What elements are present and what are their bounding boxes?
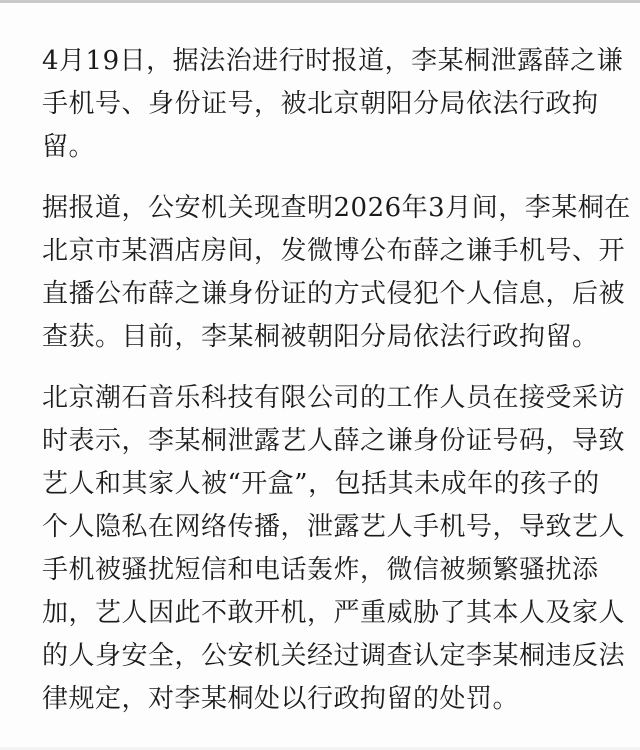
article-paragraph-3: 北京潮石音乐科技有限公司的工作人员在接受采访时表示，李某桐泄露艺人薛之谦身份证号…	[42, 377, 628, 721]
text-line: 律规定，对李某桐处以行政拘留的处罚。	[42, 678, 628, 721]
text-line: 直播公布薛之谦身份证的方式侵犯个人信息，后被	[42, 273, 628, 316]
article-paragraph-2: 据报道，公安机关现查明2026年3月间，李某桐在北京市某酒店房间，发微博公布薛之…	[42, 187, 628, 359]
article-paragraph-1: 4月19日，据法治进行时报道，李某桐泄露薛之谦手机号、身份证号，被北京朝阳分局依…	[42, 40, 628, 169]
text-line: 个人隐私在网络传播，泄露艺人手机号，导致艺人	[42, 506, 628, 549]
text-line: 的人身安全，公安机关经过调查认定李某桐违反法	[42, 635, 628, 678]
text-line: 据报道，公安机关现查明2026年3月间，李某桐在	[42, 187, 628, 230]
text-line: 留。	[42, 126, 628, 169]
text-line: 查获。目前，李某桐被朝阳分局依法行政拘留。	[42, 316, 628, 359]
text-line: 艺人和其家人被“开盒”，包括其未成年的孩子的	[42, 463, 628, 506]
text-line: 4月19日，据法治进行时报道，李某桐泄露薛之谦	[42, 40, 628, 83]
text-line: 手机被骚扰短信和电话轰炸，微信被频繁骚扰添	[42, 549, 628, 592]
text-line: 时表示，李某桐泄露艺人薛之谦身份证号码，导致	[42, 420, 628, 463]
text-line: 北京潮石音乐科技有限公司的工作人员在接受采访	[42, 377, 628, 420]
article-page: 4月19日，据法治进行时报道，李某桐泄露薛之谦手机号、身份证号，被北京朝阳分局依…	[0, 0, 640, 750]
text-line: 手机号、身份证号，被北京朝阳分局依法行政拘	[42, 83, 628, 126]
text-line: 加，艺人因此不敢开机，严重威胁了其本人及家人	[42, 592, 628, 635]
text-line: 北京市某酒店房间，发微博公布薛之谦手机号、开	[42, 230, 628, 273]
article-body: 4月19日，据法治进行时报道，李某桐泄露薛之谦手机号、身份证号，被北京朝阳分局依…	[0, 0, 640, 739]
